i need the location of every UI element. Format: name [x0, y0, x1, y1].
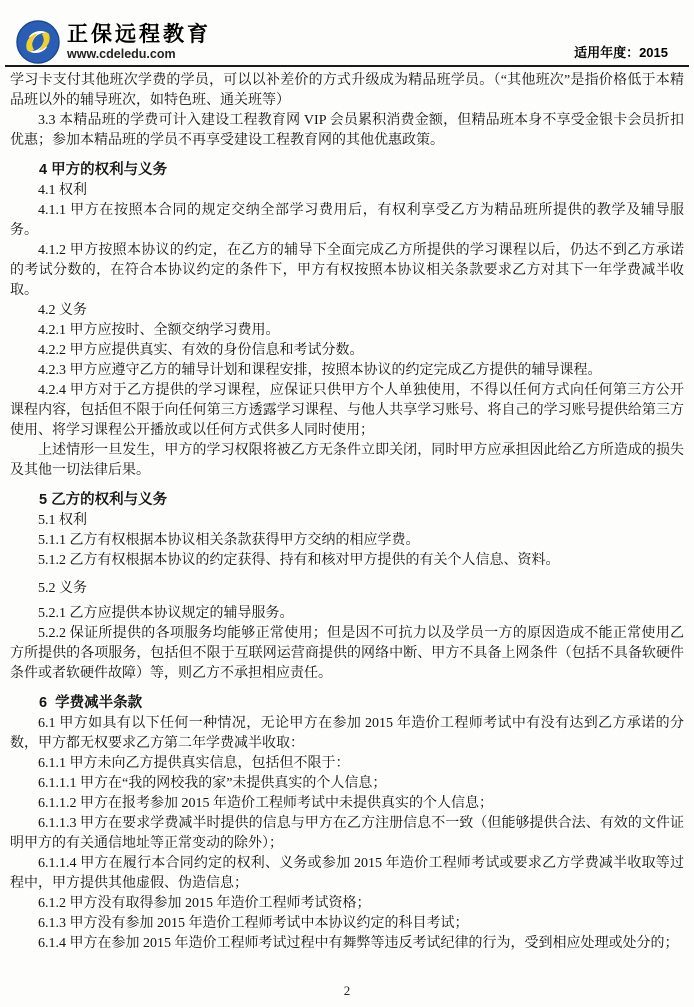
- paragraph: 6.1.1.2 甲方在报考参加 2015 年造价工程师考试中未提供真实的个人信息…: [10, 794, 684, 814]
- brand-url: www.cdeledu.com: [67, 47, 211, 62]
- paragraph: 3.3 本精品班的学费可计入建设工程教育网 VIP 会员累积消费金额，但精品班本…: [10, 111, 684, 151]
- section-heading: 6 学费减半条款: [10, 693, 684, 713]
- paragraph: 5.1.2 乙方有权根据本协议的约定获得、持有和核对甲方提供的有关个人信息、资料…: [10, 551, 684, 571]
- document-body: 学习卡支付其他班次学费的学员，可以以补差价的方式升级成为精品班学员。（“其他班次…: [0, 67, 694, 954]
- page-header: 正保远程教育 www.cdeledu.com 适用年度：2015: [0, 0, 694, 64]
- paragraph: 4.2.1 甲方应按时、全额交纳学习费用。: [10, 321, 684, 341]
- brand: 正保远程教育 www.cdeledu.com: [16, 20, 211, 64]
- paragraph: 4.2.3 甲方应遵守乙方的辅导计划和课程安排，按照本协议的约定完成乙方提供的辅…: [10, 361, 684, 381]
- paragraph: 5.2.1 乙方应提供本协议规定的辅导服务。: [10, 604, 684, 624]
- paragraph: 4.1.2 甲方按照本协议的约定，在乙方的辅导下全面完成乙方所提供的学习课程以后…: [10, 241, 684, 301]
- document-page: 正保远程教育 www.cdeledu.com 适用年度：2015 学习卡支付其他…: [0, 0, 694, 1007]
- paragraph: 5.2 义务: [10, 579, 684, 599]
- paragraph: 6.1.1.4 甲方在履行本合同约定的权利、义务或参加 2015 年造价工程师考…: [10, 854, 684, 894]
- paragraph: 5.2.2 保证所提供的各项服务均能够正常使用；但是因不可抗力以及学员一方的原因…: [10, 624, 684, 684]
- paragraph: 5.1.1 乙方有权根据本协议相关条款获得甲方交纳的相应学费。: [10, 531, 684, 551]
- paragraph: 6.1.4 甲方在参加 2015 年造价工程师考试过程中有舞弊等违反考试纪律的行…: [10, 934, 684, 954]
- applicable-year-label: 适用年度：2015: [574, 42, 668, 64]
- paragraph: 4.2 义务: [10, 301, 684, 321]
- paragraph: 6.1.2 甲方没有取得参加 2015 年造价工程师考试资格；: [10, 894, 684, 914]
- paragraph: 6.1.1 甲方未向乙方提供真实信息，包括但不限于：: [10, 754, 684, 774]
- section-heading: 5 乙方的权利与义务: [10, 490, 684, 510]
- paragraph: 6.1.3 甲方没有参加 2015 年造价工程师考试中本协议约定的科目考试；: [10, 914, 684, 934]
- paragraph: 6.1.1.3 甲方在要求学费减半时提供的信息与甲方在乙方注册信息不一致（但能够…: [10, 814, 684, 854]
- paragraph: 4.2.2 甲方应提供真实、有效的身份信息和考试分数。: [10, 341, 684, 361]
- paragraph: 上述情形一旦发生，甲方的学习权限将被乙方无条件立即关闭，同时甲方应承担因此给乙方…: [10, 441, 684, 481]
- brand-name: 正保远程教育: [67, 23, 211, 47]
- paragraph: 学习卡支付其他班次学费的学员，可以以补差价的方式升级成为精品班学员。（“其他班次…: [10, 71, 684, 111]
- page-number: 2: [0, 983, 694, 999]
- paragraph: 6.1.1.1 甲方在“我的网校我的家”未提供真实的个人信息；: [10, 774, 684, 794]
- paragraph: 6.1 甲方如具有以下任何一种情况，无论甲方在参加 2015 年造价工程师考试中…: [10, 714, 684, 754]
- brand-text: 正保远程教育 www.cdeledu.com: [67, 23, 211, 62]
- paragraph: 4.2.4 甲方对于乙方提供的学习课程，应保证只供甲方个人单独使用，不得以任何方…: [10, 381, 684, 441]
- section-heading: 4 甲方的权利与义务: [10, 160, 684, 180]
- brand-logo-icon: [16, 20, 60, 64]
- paragraph: 4.1.1 甲方在按照本合同的规定交纳全部学习费用后，有权利享受乙方为精品班所提…: [10, 201, 684, 241]
- paragraph: 5.1 权利: [10, 511, 684, 531]
- paragraph: 4.1 权利: [10, 181, 684, 201]
